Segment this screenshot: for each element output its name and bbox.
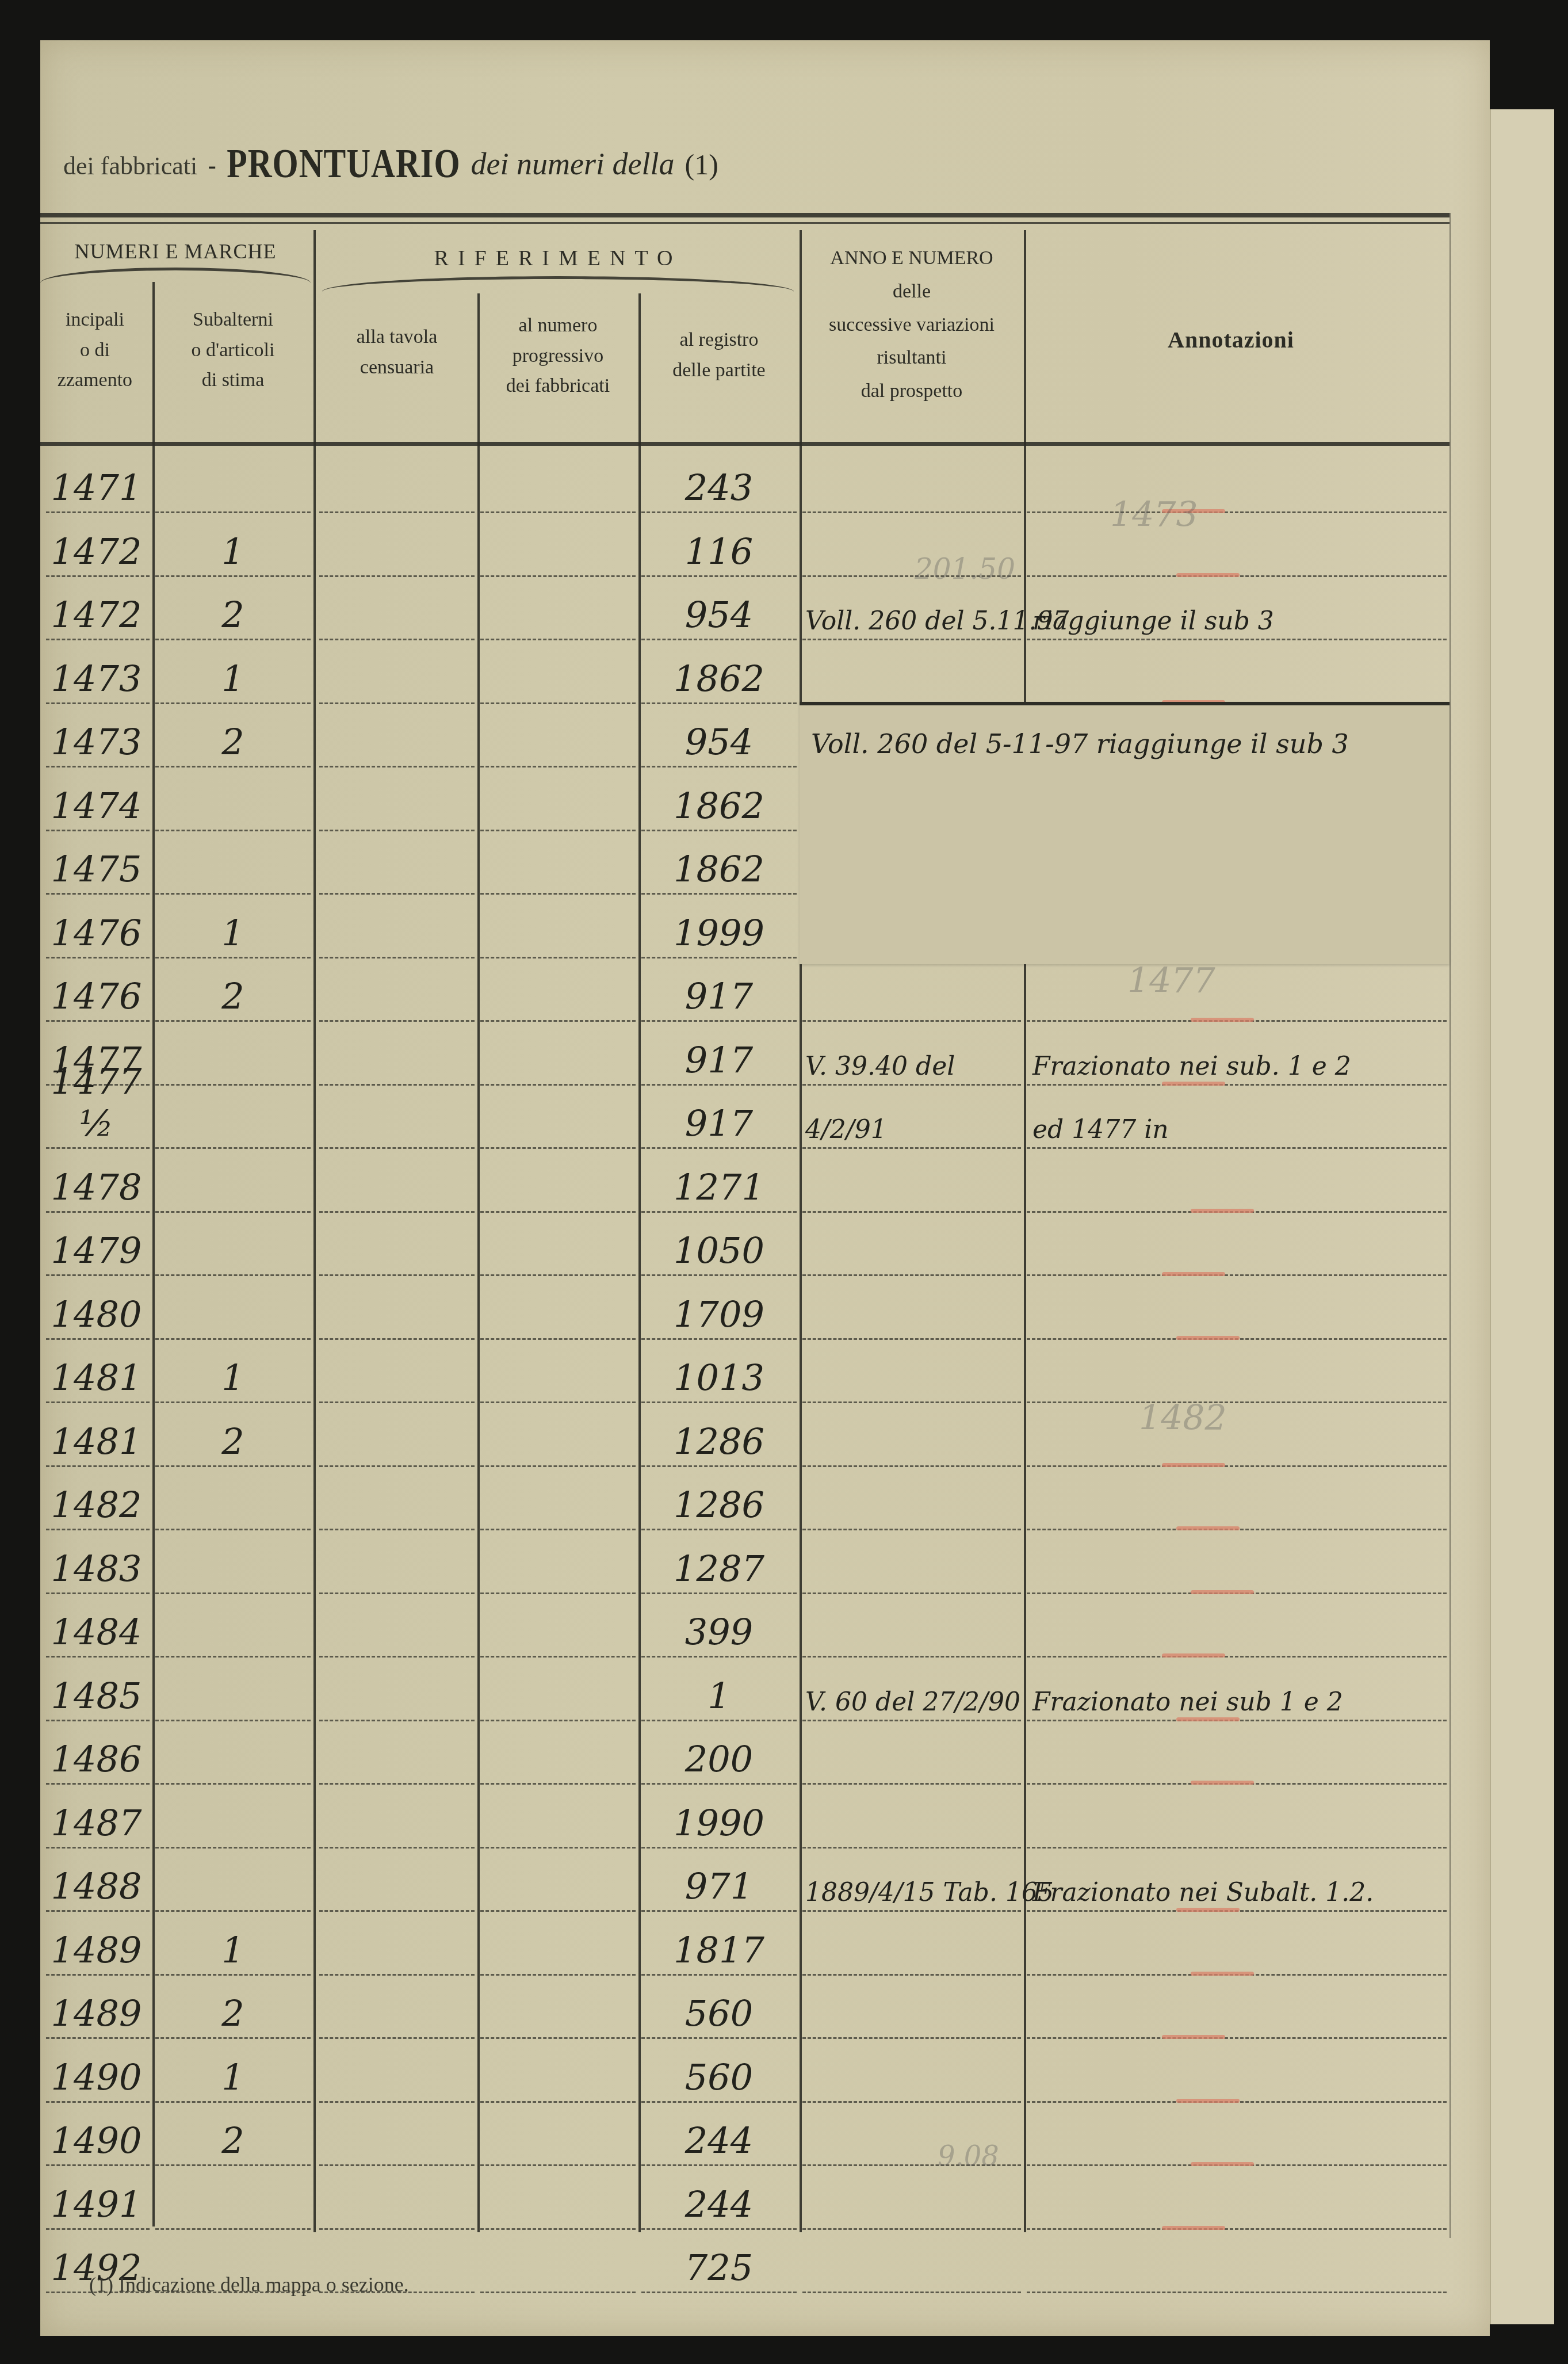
row-rule — [641, 2036, 797, 2039]
red-pencil-mark — [1191, 1590, 1254, 1594]
footnote: (1) Indicazione della mappa o sezione. — [89, 2273, 409, 2297]
row-rule — [319, 765, 475, 767]
row-rule — [46, 956, 150, 958]
table-row: 14831287 — [40, 1531, 1450, 1594]
row-rule — [155, 1718, 311, 1721]
row-rule — [46, 1337, 150, 1340]
cell-annotazioni: ed 1477 in — [1032, 1115, 1447, 1144]
cell-principale: 1473 — [40, 658, 152, 700]
row-rule — [641, 2290, 797, 2293]
cell-registro: 200 — [641, 1738, 797, 1780]
cell-principale: 1491 — [40, 2183, 152, 2225]
cell-subalterno: 2 — [155, 1992, 311, 2034]
row-rule — [802, 1973, 1021, 1976]
row-rule — [1027, 1273, 1447, 1276]
row-rule — [319, 1527, 475, 1530]
cell-registro: 1286 — [641, 1420, 797, 1462]
cell-variazioni: 1889/4/15 Tab. 165 — [805, 1878, 1024, 1907]
cell-registro: 1013 — [641, 1357, 797, 1399]
header-bottom-rule — [40, 442, 1450, 446]
row-rule — [480, 1973, 636, 1976]
title-italic: dei numeri della — [471, 146, 675, 182]
row-rule — [155, 574, 311, 577]
row-rule — [480, 1464, 636, 1467]
brace-riferimento — [322, 276, 794, 292]
row-rule — [480, 1273, 636, 1276]
row-rule — [641, 574, 797, 577]
cell-subalterno: 1 — [155, 2056, 311, 2098]
row-rule — [46, 1782, 150, 1785]
row-rule — [155, 1655, 311, 1658]
red-pencil-mark — [1191, 1781, 1254, 1785]
row-rule — [802, 1718, 1021, 1721]
row-rule — [319, 1146, 475, 1149]
row-rule — [155, 1909, 311, 1912]
header-tavola-censuaria: alla tavola censuaria — [316, 322, 477, 383]
row-rule — [802, 1273, 1021, 1276]
cell-principale: 1490 — [40, 2119, 152, 2161]
row-rule — [155, 701, 311, 704]
patch-annotation: Voll. 260 del 5-11-97 riaggiunge il sub … — [811, 728, 1349, 759]
cell-principale: 1489 — [40, 1992, 152, 2034]
row-rule — [155, 1846, 311, 1849]
row-rule — [319, 1782, 475, 1785]
cell-subalterno: 1 — [155, 1357, 311, 1399]
table-row: 1477917V. 39.40 delFrazionato nei sub. 1… — [40, 1022, 1450, 1086]
table-row: 1491244 — [40, 2167, 1450, 2230]
cell-registro: 954 — [641, 594, 797, 636]
row-rule — [46, 1718, 150, 1721]
row-rule — [641, 892, 797, 895]
row-rule — [641, 2163, 797, 2166]
row-rule — [319, 2227, 475, 2230]
row-rule — [802, 1846, 1021, 1849]
cell-annotazioni: Frazionato nei sub 1 e 2 — [1032, 1687, 1447, 1717]
cell-subalterno: 1 — [155, 530, 311, 572]
cell-principale: 1487 — [40, 1802, 152, 1844]
row-rule — [480, 1591, 636, 1594]
red-pencil-mark — [1176, 1908, 1240, 1912]
row-rule — [480, 1846, 636, 1849]
row-rule — [802, 510, 1021, 513]
row-rule — [1027, 1655, 1447, 1658]
table-row: 14892560 — [40, 1976, 1450, 2039]
row-rule — [319, 2036, 475, 2039]
cell-variazioni: 4/2/91 — [805, 1115, 1024, 1144]
row-rule — [1027, 510, 1447, 513]
cell-registro: 399 — [641, 1611, 797, 1653]
row-rule — [480, 701, 636, 704]
row-rule — [1027, 1146, 1447, 1149]
row-rule — [641, 510, 797, 513]
row-rule — [641, 1337, 797, 1340]
row-rule — [480, 510, 636, 513]
table-row: 14889711889/4/15 Tab. 165Frazionato nei … — [40, 1849, 1450, 1912]
cell-subalterno: 1 — [155, 912, 311, 954]
header-subalterni: Subalterni o d'articoli di stima — [152, 305, 313, 396]
table-row: 1471243 — [40, 450, 1450, 513]
row-rule — [641, 1591, 797, 1594]
row-rule — [480, 2290, 636, 2293]
row-rule — [319, 1083, 475, 1086]
row-rule — [480, 2100, 636, 2103]
cell-annotazioni: riaggiunge il sub 3 — [1032, 606, 1447, 636]
cell-principale: 1481 — [40, 1357, 152, 1399]
table-row: 14901560 — [40, 2040, 1450, 2103]
row-rule — [319, 1591, 475, 1594]
row-rule — [155, 1400, 311, 1403]
cell-registro: 1286 — [641, 1484, 797, 1526]
row-rule — [1027, 1083, 1447, 1086]
table-row: 14801709 — [40, 1277, 1450, 1340]
table-row: 1484399 — [40, 1594, 1450, 1658]
row-rule — [46, 1846, 150, 1849]
cell-registro: 1990 — [641, 1802, 797, 1844]
cell-registro: 244 — [641, 2183, 797, 2225]
row-rule — [480, 1337, 636, 1340]
cell-registro: 244 — [641, 2119, 797, 2161]
cell-registro: 560 — [641, 2056, 797, 2098]
row-rule — [155, 892, 311, 895]
row-rule — [480, 1909, 636, 1912]
cell-principale: 1486 — [40, 1738, 152, 1780]
row-rule — [319, 2100, 475, 2103]
pencil-mark: 1477 — [1127, 961, 1215, 1001]
header-riferimento: RIFERIMENTO — [316, 242, 800, 276]
red-pencil-mark — [1176, 2099, 1240, 2103]
row-rule — [802, 1909, 1021, 1912]
row-rule — [641, 1973, 797, 1976]
row-rule — [641, 1210, 797, 1213]
cell-registro: 971 — [641, 1865, 797, 1907]
title-main: PRONTUARIO — [227, 139, 460, 188]
table-row: 148121286 — [40, 1404, 1450, 1467]
red-pencil-mark — [1162, 1272, 1225, 1276]
cell-registro: 1050 — [641, 1229, 797, 1271]
cell-principale: 1479 — [40, 1229, 152, 1271]
row-rule — [480, 956, 636, 958]
cell-principale: 1472 — [40, 530, 152, 572]
cell-registro: 917 — [641, 1039, 797, 1081]
title-footnote-ref: (1) — [684, 148, 718, 181]
red-pencil-mark — [1162, 2226, 1225, 2230]
cell-subalterno: 2 — [155, 721, 311, 763]
table-row: 1477 ½9174/2/91ed 1477 in — [40, 1086, 1450, 1149]
row-rule — [480, 765, 636, 767]
row-rule — [319, 1210, 475, 1213]
row-rule — [319, 1909, 475, 1912]
red-pencil-mark — [1162, 1653, 1225, 1658]
row-rule — [802, 1655, 1021, 1658]
row-rule — [641, 2227, 797, 2230]
row-rule — [46, 1655, 150, 1658]
row-rule — [802, 1464, 1021, 1467]
row-rule — [46, 765, 150, 767]
table-row: 148111013 — [40, 1340, 1450, 1403]
row-rule — [1027, 2290, 1447, 2293]
row-rule — [155, 1973, 311, 1976]
row-rule — [480, 1782, 636, 1785]
row-rule — [319, 574, 475, 577]
row-rule — [802, 1083, 1021, 1086]
table-row: 14762917 — [40, 958, 1450, 1022]
row-rule — [46, 1019, 150, 1022]
row-rule — [319, 701, 475, 704]
row-rule — [641, 956, 797, 958]
row-rule — [155, 828, 311, 831]
cell-principale: 1489 — [40, 1929, 152, 1971]
row-rule — [319, 1464, 475, 1467]
row-rule — [319, 1718, 475, 1721]
row-rule — [46, 1464, 150, 1467]
row-rule — [46, 828, 150, 831]
cell-registro: 1862 — [641, 785, 797, 827]
row-rule — [480, 2163, 636, 2166]
pencil-mark: 1482 — [1139, 1398, 1227, 1438]
row-rule — [1027, 1846, 1447, 1849]
row-rule — [641, 765, 797, 767]
header-rule-thick — [40, 213, 1450, 217]
row-rule — [641, 1400, 797, 1403]
row-rule — [641, 1273, 797, 1276]
cell-registro: 560 — [641, 1992, 797, 2034]
row-rule — [480, 637, 636, 640]
cell-registro: 1817 — [641, 1929, 797, 1971]
table-row: 147311862 — [40, 641, 1450, 704]
table-row: 14721116 — [40, 514, 1450, 577]
row-rule — [802, 2036, 1021, 2039]
cell-registro: 116 — [641, 530, 797, 572]
pencil-mark: 9.08 — [938, 2140, 999, 2172]
red-pencil-mark — [1191, 1018, 1254, 1022]
row-rule — [641, 1019, 797, 1022]
cell-registro: 725 — [641, 2247, 797, 2289]
row-rule — [319, 637, 475, 640]
row-rule — [155, 1337, 311, 1340]
cell-variazioni: V. 60 del 27/2/90 — [805, 1687, 1024, 1717]
cell-principale: 1474 — [40, 785, 152, 827]
row-rule — [1027, 1400, 1447, 1403]
red-pencil-mark — [1162, 2035, 1225, 2039]
row-rule — [319, 1273, 475, 1276]
row-rule — [46, 1146, 150, 1149]
red-pencil-mark — [1176, 1526, 1240, 1530]
cell-subalterno: 2 — [155, 1420, 311, 1462]
cell-principale: 1476 — [40, 975, 152, 1017]
row-rule — [46, 2227, 150, 2230]
row-rule — [155, 637, 311, 640]
red-pencil-mark — [1191, 1972, 1254, 1976]
row-rule — [319, 892, 475, 895]
row-rule — [1027, 637, 1447, 640]
red-pencil-mark — [1176, 1717, 1240, 1721]
row-rule — [480, 1146, 636, 1149]
cell-registro: 917 — [641, 1102, 797, 1144]
row-rule — [155, 1464, 311, 1467]
row-rule — [480, 1718, 636, 1721]
cell-principale: 1481 — [40, 1420, 152, 1462]
row-rule — [155, 1782, 311, 1785]
row-rule — [46, 1527, 150, 1530]
row-rule — [46, 892, 150, 895]
header-numeri-e-marche: NUMERI E MARCHE — [40, 236, 311, 268]
row-rule — [155, 1146, 311, 1149]
row-rule — [155, 2163, 311, 2166]
row-rule — [319, 1655, 475, 1658]
red-pencil-mark — [1162, 1463, 1225, 1467]
cell-subalterno: 1 — [155, 658, 311, 700]
header-anno-numero: ANNO E NUMERO delle successive variazion… — [800, 242, 1024, 408]
cell-subalterno: 2 — [155, 594, 311, 636]
row-rule — [155, 1210, 311, 1213]
cell-principale: 1480 — [40, 1293, 152, 1335]
row-rule — [802, 2290, 1021, 2293]
table-row: 14791050 — [40, 1213, 1450, 1276]
pencil-mark: 1473 — [1110, 495, 1198, 535]
row-rule — [319, 828, 475, 831]
title-dash: - — [208, 151, 216, 181]
row-rule — [319, 1973, 475, 1976]
header-annotazioni: Annotazioni — [1024, 322, 1438, 358]
red-pencil-mark — [1176, 1336, 1240, 1340]
row-rule — [46, 2036, 150, 2039]
cell-principale: 1473 — [40, 721, 152, 763]
cell-principale: 1485 — [40, 1675, 152, 1717]
cell-registro: 1271 — [641, 1166, 797, 1208]
row-rule — [155, 1019, 311, 1022]
cell-registro: 917 — [641, 975, 797, 1017]
cell-principale: 1472 — [40, 594, 152, 636]
row-rule — [155, 510, 311, 513]
row-rule — [319, 510, 475, 513]
col-divider-right — [1450, 213, 1451, 2238]
table-row: 148911817 — [40, 1912, 1450, 1976]
row-rule — [641, 1846, 797, 1849]
row-rule — [319, 1846, 475, 1849]
row-rule — [155, 2036, 311, 2039]
row-rule — [319, 2163, 475, 2166]
row-rule — [641, 1782, 797, 1785]
row-rule — [46, 510, 150, 513]
row-rule — [46, 1909, 150, 1912]
cell-annotazioni: Frazionato nei Subalt. 1.2. — [1032, 1878, 1447, 1907]
row-rule — [802, 1146, 1021, 1149]
cell-registro: 1287 — [641, 1548, 797, 1590]
cell-principale: 1471 — [40, 467, 152, 509]
table-row: 14821286 — [40, 1467, 1450, 1530]
ledger-page: dei fabbricati - PRONTUARIO dei numeri d… — [40, 40, 1490, 2336]
cell-principale: 1488 — [40, 1865, 152, 1907]
row-rule — [480, 892, 636, 895]
row-rule — [641, 1146, 797, 1149]
row-rule — [480, 1210, 636, 1213]
cell-registro: 1862 — [641, 658, 797, 700]
row-rule — [319, 1019, 475, 1022]
header-rule-thin — [40, 222, 1450, 224]
row-rule — [480, 1019, 636, 1022]
row-rule — [155, 956, 311, 958]
page-title: dei fabbricati - PRONTUARIO dei numeri d… — [63, 144, 1444, 213]
cell-principale: 1482 — [40, 1484, 152, 1526]
folded-paper-edge — [1490, 109, 1554, 2324]
header-registro-partite: al registro delle partite — [638, 325, 800, 385]
red-pencil-mark — [1191, 2162, 1254, 2166]
cell-principale: 1475 — [40, 848, 152, 890]
title-prefix: dei fabbricati — [63, 151, 197, 181]
row-rule — [46, 1273, 150, 1276]
header-numero-progressivo: al numero progressivo dei fabbricati — [477, 311, 638, 402]
row-rule — [1027, 2036, 1447, 2039]
row-rule — [46, 701, 150, 704]
row-rule — [319, 956, 475, 958]
red-pencil-mark — [1191, 1209, 1254, 1213]
header-principali: incipali o di zzamento — [40, 305, 150, 396]
row-rule — [155, 1083, 311, 1086]
row-rule — [46, 637, 150, 640]
row-rule — [802, 1210, 1021, 1213]
row-rule — [1027, 2227, 1447, 2230]
cell-registro: 1709 — [641, 1293, 797, 1335]
row-rule — [480, 2227, 636, 2230]
table-row: 14871990 — [40, 1785, 1450, 1849]
row-rule — [641, 637, 797, 640]
row-rule — [802, 1591, 1021, 1594]
row-rule — [802, 1527, 1021, 1530]
row-rule — [641, 1083, 797, 1086]
row-rule — [480, 1527, 636, 1530]
row-rule — [802, 1782, 1021, 1785]
brace-numeri — [40, 268, 311, 283]
row-rule — [641, 828, 797, 831]
cell-variazioni: Voll. 260 del 5.11.97 — [805, 606, 1024, 636]
row-rule — [802, 2227, 1021, 2230]
row-rule — [46, 574, 150, 577]
row-rule — [641, 1527, 797, 1530]
row-rule — [641, 1718, 797, 1721]
table-row: 1486200 — [40, 1721, 1450, 1785]
row-rule — [46, 1400, 150, 1403]
cell-registro: 954 — [641, 721, 797, 763]
row-rule — [46, 1973, 150, 1976]
row-rule — [155, 1273, 311, 1276]
pasted-correction-slip: Voll. 260 del 5-11-97 riaggiunge il sub … — [800, 702, 1450, 964]
row-rule — [155, 1527, 311, 1530]
cell-subalterno: 1 — [155, 1929, 311, 1971]
row-rule — [155, 2100, 311, 2103]
row-rule — [641, 1909, 797, 1912]
table-row: 14781271 — [40, 1149, 1450, 1213]
row-rule — [480, 574, 636, 577]
cell-annotazioni: Frazionato nei sub. 1 e 2 — [1032, 1052, 1447, 1081]
pencil-mark: 201.50 — [915, 552, 1015, 586]
cell-registro: 1862 — [641, 848, 797, 890]
row-rule — [802, 2100, 1021, 2103]
red-pencil-mark — [1176, 573, 1240, 577]
row-rule — [641, 2100, 797, 2103]
row-rule — [641, 701, 797, 704]
row-rule — [46, 1591, 150, 1594]
row-rule — [155, 1591, 311, 1594]
row-rule — [46, 1210, 150, 1213]
red-pencil-mark — [1162, 1082, 1225, 1086]
row-rule — [46, 2163, 150, 2166]
row-rule — [802, 637, 1021, 640]
row-rule — [480, 1083, 636, 1086]
cell-principale: 1476 — [40, 912, 152, 954]
row-rule — [480, 1655, 636, 1658]
cell-variazioni: V. 39.40 del — [805, 1052, 1024, 1081]
row-rule — [319, 1337, 475, 1340]
